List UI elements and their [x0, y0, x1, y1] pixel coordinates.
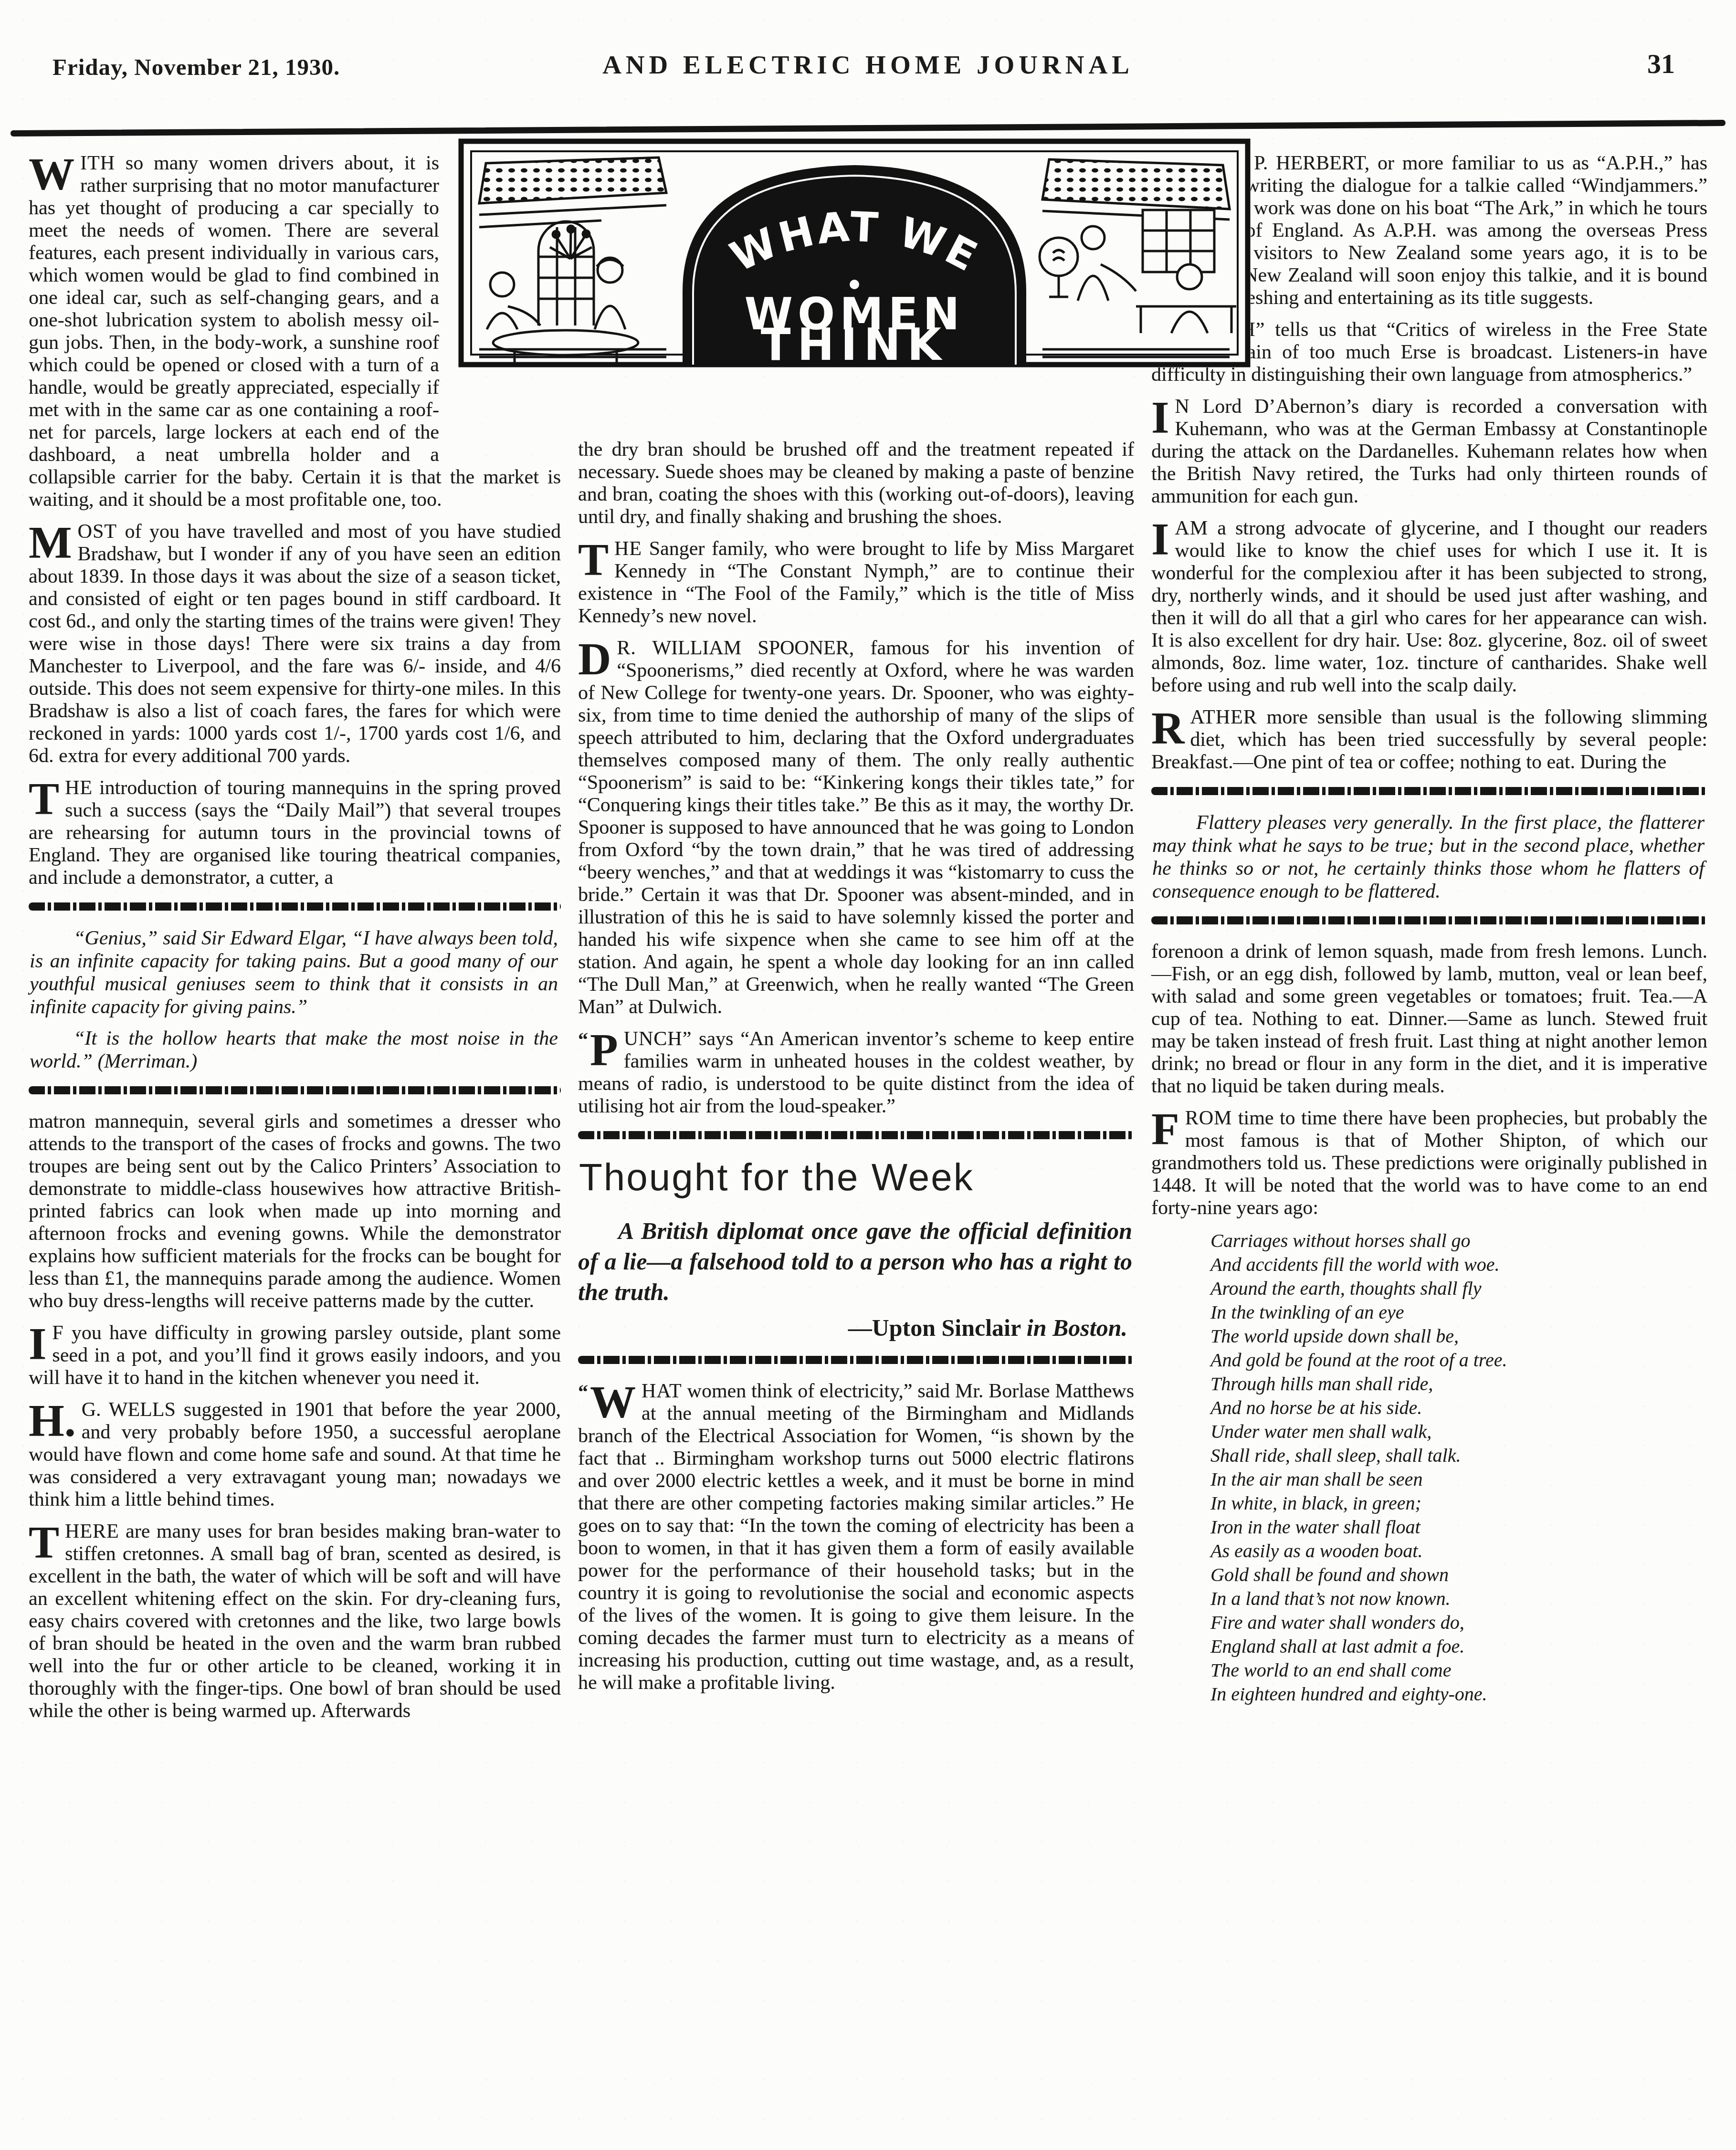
- ornamental-divider: [578, 1131, 1134, 1139]
- paragraph-text: G. WELLS suggested in 1901 that before t…: [29, 1399, 561, 1510]
- article-paragraph-bran-continued: the dry bran should be brushed off and t…: [578, 439, 1134, 528]
- drop-cap: D: [578, 640, 611, 678]
- drop-cap: W: [29, 155, 74, 193]
- drop-cap: I: [1151, 520, 1169, 558]
- ornamental-divider: [29, 902, 561, 911]
- newspaper-page: Friday, November 21, 1930. AND ELECTRIC …: [0, 0, 1736, 2150]
- article-paragraph-bran-uses: THERE are many uses for bran besides mak…: [29, 1521, 561, 1722]
- merriman-quote: “It is the hollow hearts that make the m…: [30, 1027, 558, 1073]
- page-date: Friday, November 21, 1930.: [53, 53, 340, 81]
- drop-cap: I: [29, 1325, 46, 1363]
- ornamental-divider: [1151, 787, 1707, 795]
- paragraph-text: introduction of touring mannequins in th…: [29, 777, 561, 889]
- lead-word: ATHER: [1190, 706, 1257, 728]
- ornamental-divider: [29, 1086, 561, 1094]
- quote-text: “It is the hollow hearts that make the m…: [30, 1027, 558, 1073]
- paragraph-text: of you have travelled and most of you ha…: [29, 521, 561, 767]
- paragraph-text: a strong advocate of glycerine, and I th…: [1151, 517, 1707, 696]
- lead-word: F: [52, 1322, 63, 1344]
- article-paragraph-punch-radio: “PUNCH” says “An American inventor’s sch…: [578, 1028, 1134, 1118]
- banner-title-think: THINK: [761, 319, 948, 367]
- article-paragraph-parsley: IF you have difficulty in growing parsle…: [29, 1322, 561, 1389]
- article-paragraph-dr-spooner: DR. WILLIAM SPOONER, famous for his inve…: [578, 637, 1134, 1018]
- column-middle: the dry bran should be brushed off and t…: [578, 152, 1134, 1704]
- ornamental-divider: [578, 1356, 1134, 1364]
- article-paragraph-dabernon-diary: IN Lord D’Abernon’s diary is recorded a …: [1151, 396, 1707, 508]
- lead-word: N: [1175, 396, 1189, 418]
- article-paragraph-mannequins-continued: matron mannequin, several girls and some…: [29, 1111, 561, 1312]
- masthead-rule: [11, 120, 1725, 136]
- flattery-quote: Flattery pleases very generally. In the …: [1152, 811, 1704, 903]
- column-right: MR. A. P. HERBERT, or more familiar to u…: [1151, 152, 1707, 1706]
- lead-word: ITH: [80, 152, 115, 174]
- article-paragraph-bradshaw: MOST of you have travelled and most of y…: [29, 521, 561, 767]
- paragraph-text: WILLIAM SPOONER, famous for his inventio…: [578, 637, 1134, 1018]
- paragraph-text: the dry bran should be brushed off and t…: [578, 439, 1134, 528]
- lead-word: HAT: [642, 1380, 682, 1402]
- drop-cap: F: [1151, 1110, 1179, 1148]
- what-we-women-think-woodcut: WHAT WE WOMEN THINK: [458, 138, 1251, 367]
- paragraph-text: you have difficulty in growing parsley o…: [29, 1322, 561, 1389]
- thought-for-week-heading: Thought for the Week: [579, 1155, 1134, 1199]
- lead-word: HERE: [65, 1521, 119, 1542]
- paragraph-text: Sanger family, who were brought to life …: [578, 538, 1134, 627]
- ornamental-divider: [1151, 916, 1707, 924]
- article-paragraph-women-electricity: “WHAT women think of electricity,” said …: [578, 1380, 1134, 1694]
- page-number: 31: [1647, 48, 1675, 80]
- opening-quote-mark: “: [578, 1381, 588, 1403]
- quote-text: “Genius,” said Sir Edward Elgar, “I have…: [30, 927, 558, 1018]
- banner-illustration: WHAT WE WOMEN THINK: [458, 138, 1251, 367]
- paragraph-text: Lord D’Abernon’s diary is recorded a con…: [1151, 396, 1707, 507]
- elgar-quote: “Genius,” said Sir Edward Elgar, “I have…: [30, 927, 558, 1018]
- lead-word: HE: [614, 538, 642, 560]
- thought-attribution: —Upton Sinclair in Boston.: [578, 1314, 1127, 1342]
- drop-cap: P: [590, 1031, 618, 1069]
- journal-masthead: AND ELECTRIC HOME JOURNAL: [602, 50, 1134, 80]
- article-paragraph-sanger-family: THE Sanger family, who were brought to l…: [578, 538, 1134, 628]
- opening-quote-mark: “: [578, 1029, 588, 1051]
- paragraph-text: forenoon a drink of lemon squash, made f…: [1151, 941, 1707, 1097]
- column-left: WITH so many women drivers about, it is …: [29, 152, 561, 1732]
- page-header: Friday, November 21, 1930. AND ELECTRIC …: [0, 0, 1736, 99]
- article-paragraph-glycerine: IAM a strong advocate of glycerine, and …: [1151, 517, 1707, 697]
- lead-word: HE: [65, 777, 93, 799]
- drop-cap: I: [1151, 399, 1169, 437]
- paragraph-text: are many uses for bran besides making br…: [29, 1521, 561, 1722]
- lead-word: AM: [1175, 517, 1208, 539]
- drop-cap: T: [29, 780, 59, 818]
- article-paragraph-diet-continued: forenoon a drink of lemon squash, made f…: [1151, 941, 1707, 1098]
- article-paragraph-mother-shipton: FROM time to time there have been prophe…: [1151, 1107, 1707, 1219]
- drop-cap: W: [590, 1383, 636, 1421]
- attribution-place: in Boston.: [1027, 1314, 1127, 1341]
- paragraph-text: matron mannequin, several girls and some…: [29, 1111, 561, 1312]
- article-paragraph-slimming-diet: RATHER more sensible than usual is the f…: [1151, 706, 1707, 774]
- paragraph-text: time to time there have been prophecies,…: [1151, 1107, 1707, 1219]
- attribution-name: —Upton Sinclair: [848, 1314, 1027, 1341]
- drop-cap: T: [29, 1523, 59, 1562]
- lead-word: R.: [617, 637, 636, 659]
- thought-quote: A British diplomat once gave the officia…: [578, 1216, 1132, 1307]
- drop-cap: H.: [29, 1402, 76, 1440]
- lead-word: ROM: [1185, 1107, 1232, 1129]
- drop-cap: R: [1151, 709, 1184, 747]
- paragraph-text: women think of electricity,” said Mr. Bo…: [578, 1380, 1134, 1694]
- article-paragraph-mannequins: THE introduction of touring mannequins i…: [29, 777, 561, 889]
- lead-word: OST: [78, 521, 117, 543]
- banner-ornament-dot: [850, 280, 859, 289]
- drop-cap: M: [29, 524, 72, 562]
- quote-text: Flattery pleases very generally. In the …: [1152, 811, 1704, 903]
- article-paragraph-hg-wells: H. G. WELLS suggested in 1901 that befor…: [29, 1399, 561, 1511]
- lead-word: UNCH”: [624, 1028, 692, 1050]
- column-layout: WITH so many women drivers about, it is …: [0, 152, 1736, 1732]
- drop-cap: T: [578, 541, 609, 579]
- mother-shipton-poem: Carriages without horses shall go And ac…: [1210, 1229, 1707, 1706]
